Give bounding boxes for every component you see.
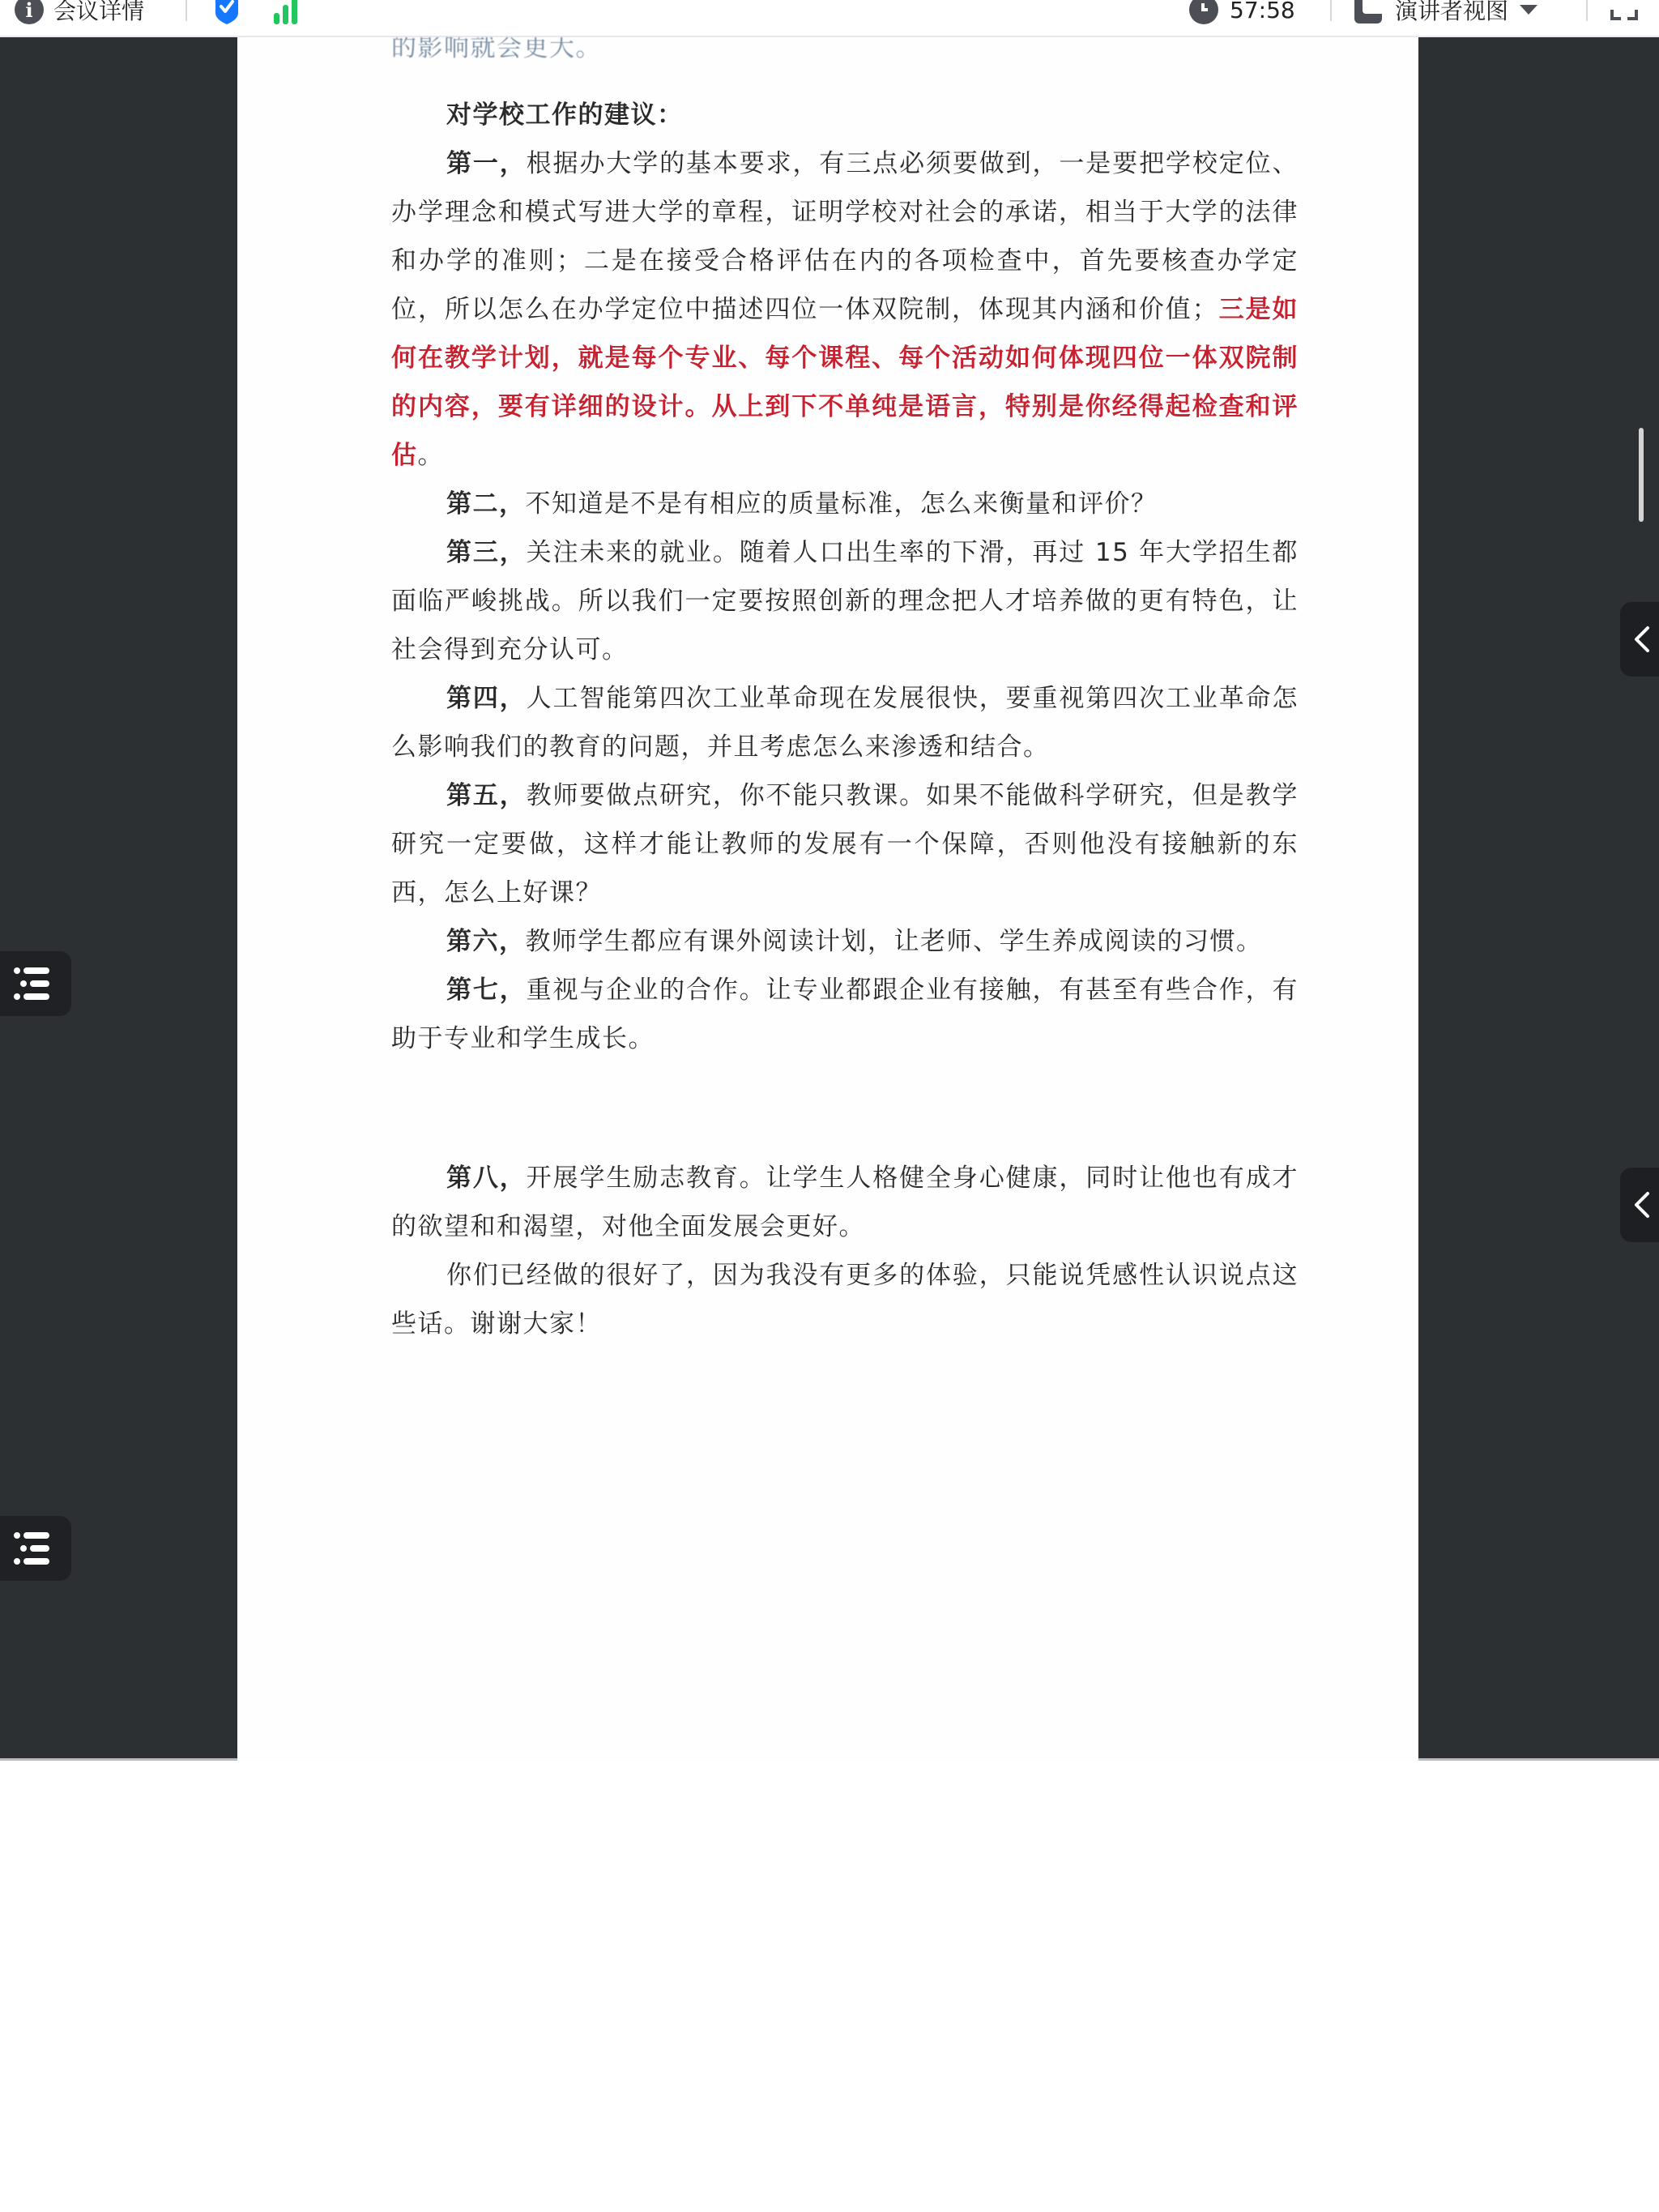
- item-8: 第八，开展学生励志教育。让学生人格健全身心健康，同时让他也有成才的欲望和和渴望，…: [391, 1154, 1299, 1251]
- item-text: 开展学生励志教育。让学生人格健全身心健康，同时让他也有成才的欲望和和渴望，对他全…: [391, 1164, 1299, 1241]
- item-lead: 第八，: [446, 1164, 527, 1193]
- left-pane: [0, 37, 237, 1761]
- info-icon: i: [15, 0, 44, 24]
- section-heading: 对学校工作的建议：: [391, 91, 1299, 139]
- item-2: 第二，不知道是不是有相应的质量标准，怎么来衡量和评价？: [391, 480, 1299, 528]
- item-text: 根据办大学的基本要求，有三点必须要做到，一是要把学校定位、办学理念和模式写进大学…: [391, 149, 1299, 324]
- chevron-down-icon: [1520, 5, 1537, 15]
- clock-icon: [1189, 0, 1218, 24]
- meeting-timer: 57:58: [1189, 0, 1295, 26]
- divider: [186, 0, 187, 21]
- meeting-details-label: 会议详情: [53, 0, 144, 26]
- item-5: 第五，教师要做点研究，你不能只教课。如果不能做科学研究，但是教学研究一定要做，这…: [391, 771, 1299, 917]
- chevron-left-icon: [1631, 1190, 1651, 1219]
- item-lead: 第四，: [446, 684, 527, 713]
- document-page[interactable]: 的影响就会更大。 对学校工作的建议： 第一，根据办大学的基本要求，有三点必须要做…: [237, 37, 1418, 1761]
- toc-button[interactable]: [0, 951, 71, 1016]
- collapse-panel-button[interactable]: [1620, 1168, 1659, 1242]
- item-lead: 第三，: [446, 538, 527, 567]
- view-mode-label: 演讲者视图: [1395, 0, 1508, 26]
- toc-button[interactable]: [0, 1516, 71, 1581]
- right-pane: [1418, 37, 1659, 1761]
- item-7: 第七，重视与企业的合作。让专业都跟企业有接触，有甚至有些合作，有助于专业和学生成…: [391, 966, 1299, 1063]
- item-1: 第一，根据办大学的基本要求，有三点必须要做到，一是要把学校定位、办学理念和模式写…: [391, 139, 1299, 480]
- item-text: 人工智能第四次工业革命现在发展很快，要重视第四次工业革命怎么影响我们的教育的问题…: [391, 684, 1299, 762]
- item-text: 关注未来的就业。随着人口出生率的下滑，再过 15 年大学招生都面临严峻挑战。所以…: [391, 538, 1299, 664]
- faded-line: 的影响就会更大。: [391, 37, 1299, 58]
- document-content: 的影响就会更大。 对学校工作的建议： 第一，根据办大学的基本要求，有三点必须要做…: [391, 37, 1299, 1348]
- scrollbar-thumb[interactable]: [1639, 428, 1644, 522]
- item-text: 不知道是不是有相应的质量标准，怎么来衡量和评价？: [526, 489, 1158, 519]
- closing-paragraph: 你们已经做的很好了，因为我没有更多的体验，只能说凭感性认识说点这些话。谢谢大家！: [391, 1251, 1299, 1348]
- presenter-view-icon: [1354, 0, 1382, 23]
- item-text: 重视与企业的合作。让专业都跟企业有接触，有甚至有些合作，有助于专业和学生成长。: [391, 976, 1299, 1053]
- item-3: 第三，关注未来的就业。随着人口出生率的下滑，再过 15 年大学招生都面临严峻挑战…: [391, 528, 1299, 674]
- item-lead: 第六，: [446, 927, 526, 956]
- signal-bars-icon: [272, 0, 300, 24]
- meeting-details-button[interactable]: i 会议详情: [15, 0, 144, 26]
- page-break-gap: [391, 1063, 1299, 1154]
- item-lead: 第一，: [446, 149, 527, 178]
- fullscreen-icon: [1610, 0, 1638, 20]
- shield-check-icon: [212, 0, 241, 24]
- signal-strength-indicator[interactable]: [272, 0, 300, 26]
- top-bar: i 会议详情 57:58 演讲者视图: [0, 0, 1659, 37]
- chevron-left-icon: [1631, 625, 1651, 654]
- fullscreen-button[interactable]: [1610, 0, 1638, 26]
- collapse-panel-button[interactable]: [1620, 602, 1659, 677]
- item-lead: 第五，: [446, 781, 527, 810]
- divider: [1330, 0, 1332, 21]
- item-4: 第四，人工智能第四次工业革命现在发展很快，要重视第四次工业革命怎么影响我们的教育…: [391, 674, 1299, 771]
- item-6: 第六，教师学生都应有课外阅读计划，让老师、学生养成阅读的习惯。: [391, 917, 1299, 966]
- view-mode-dropdown[interactable]: 演讲者视图: [1354, 0, 1537, 26]
- item-lead: 第二，: [446, 489, 526, 519]
- item-text: 教师学生都应有课外阅读计划，让老师、学生养成阅读的习惯。: [526, 927, 1263, 956]
- divider: [1586, 0, 1588, 21]
- item-text: 教师要做点研究，你不能只教课。如果不能做科学研究，但是教学研究一定要做，这样才能…: [391, 781, 1299, 907]
- item-tail: 。: [418, 441, 445, 470]
- security-shield-button[interactable]: [212, 0, 241, 26]
- item-lead: 第七，: [446, 976, 527, 1005]
- timer-text: 57:58: [1230, 0, 1295, 23]
